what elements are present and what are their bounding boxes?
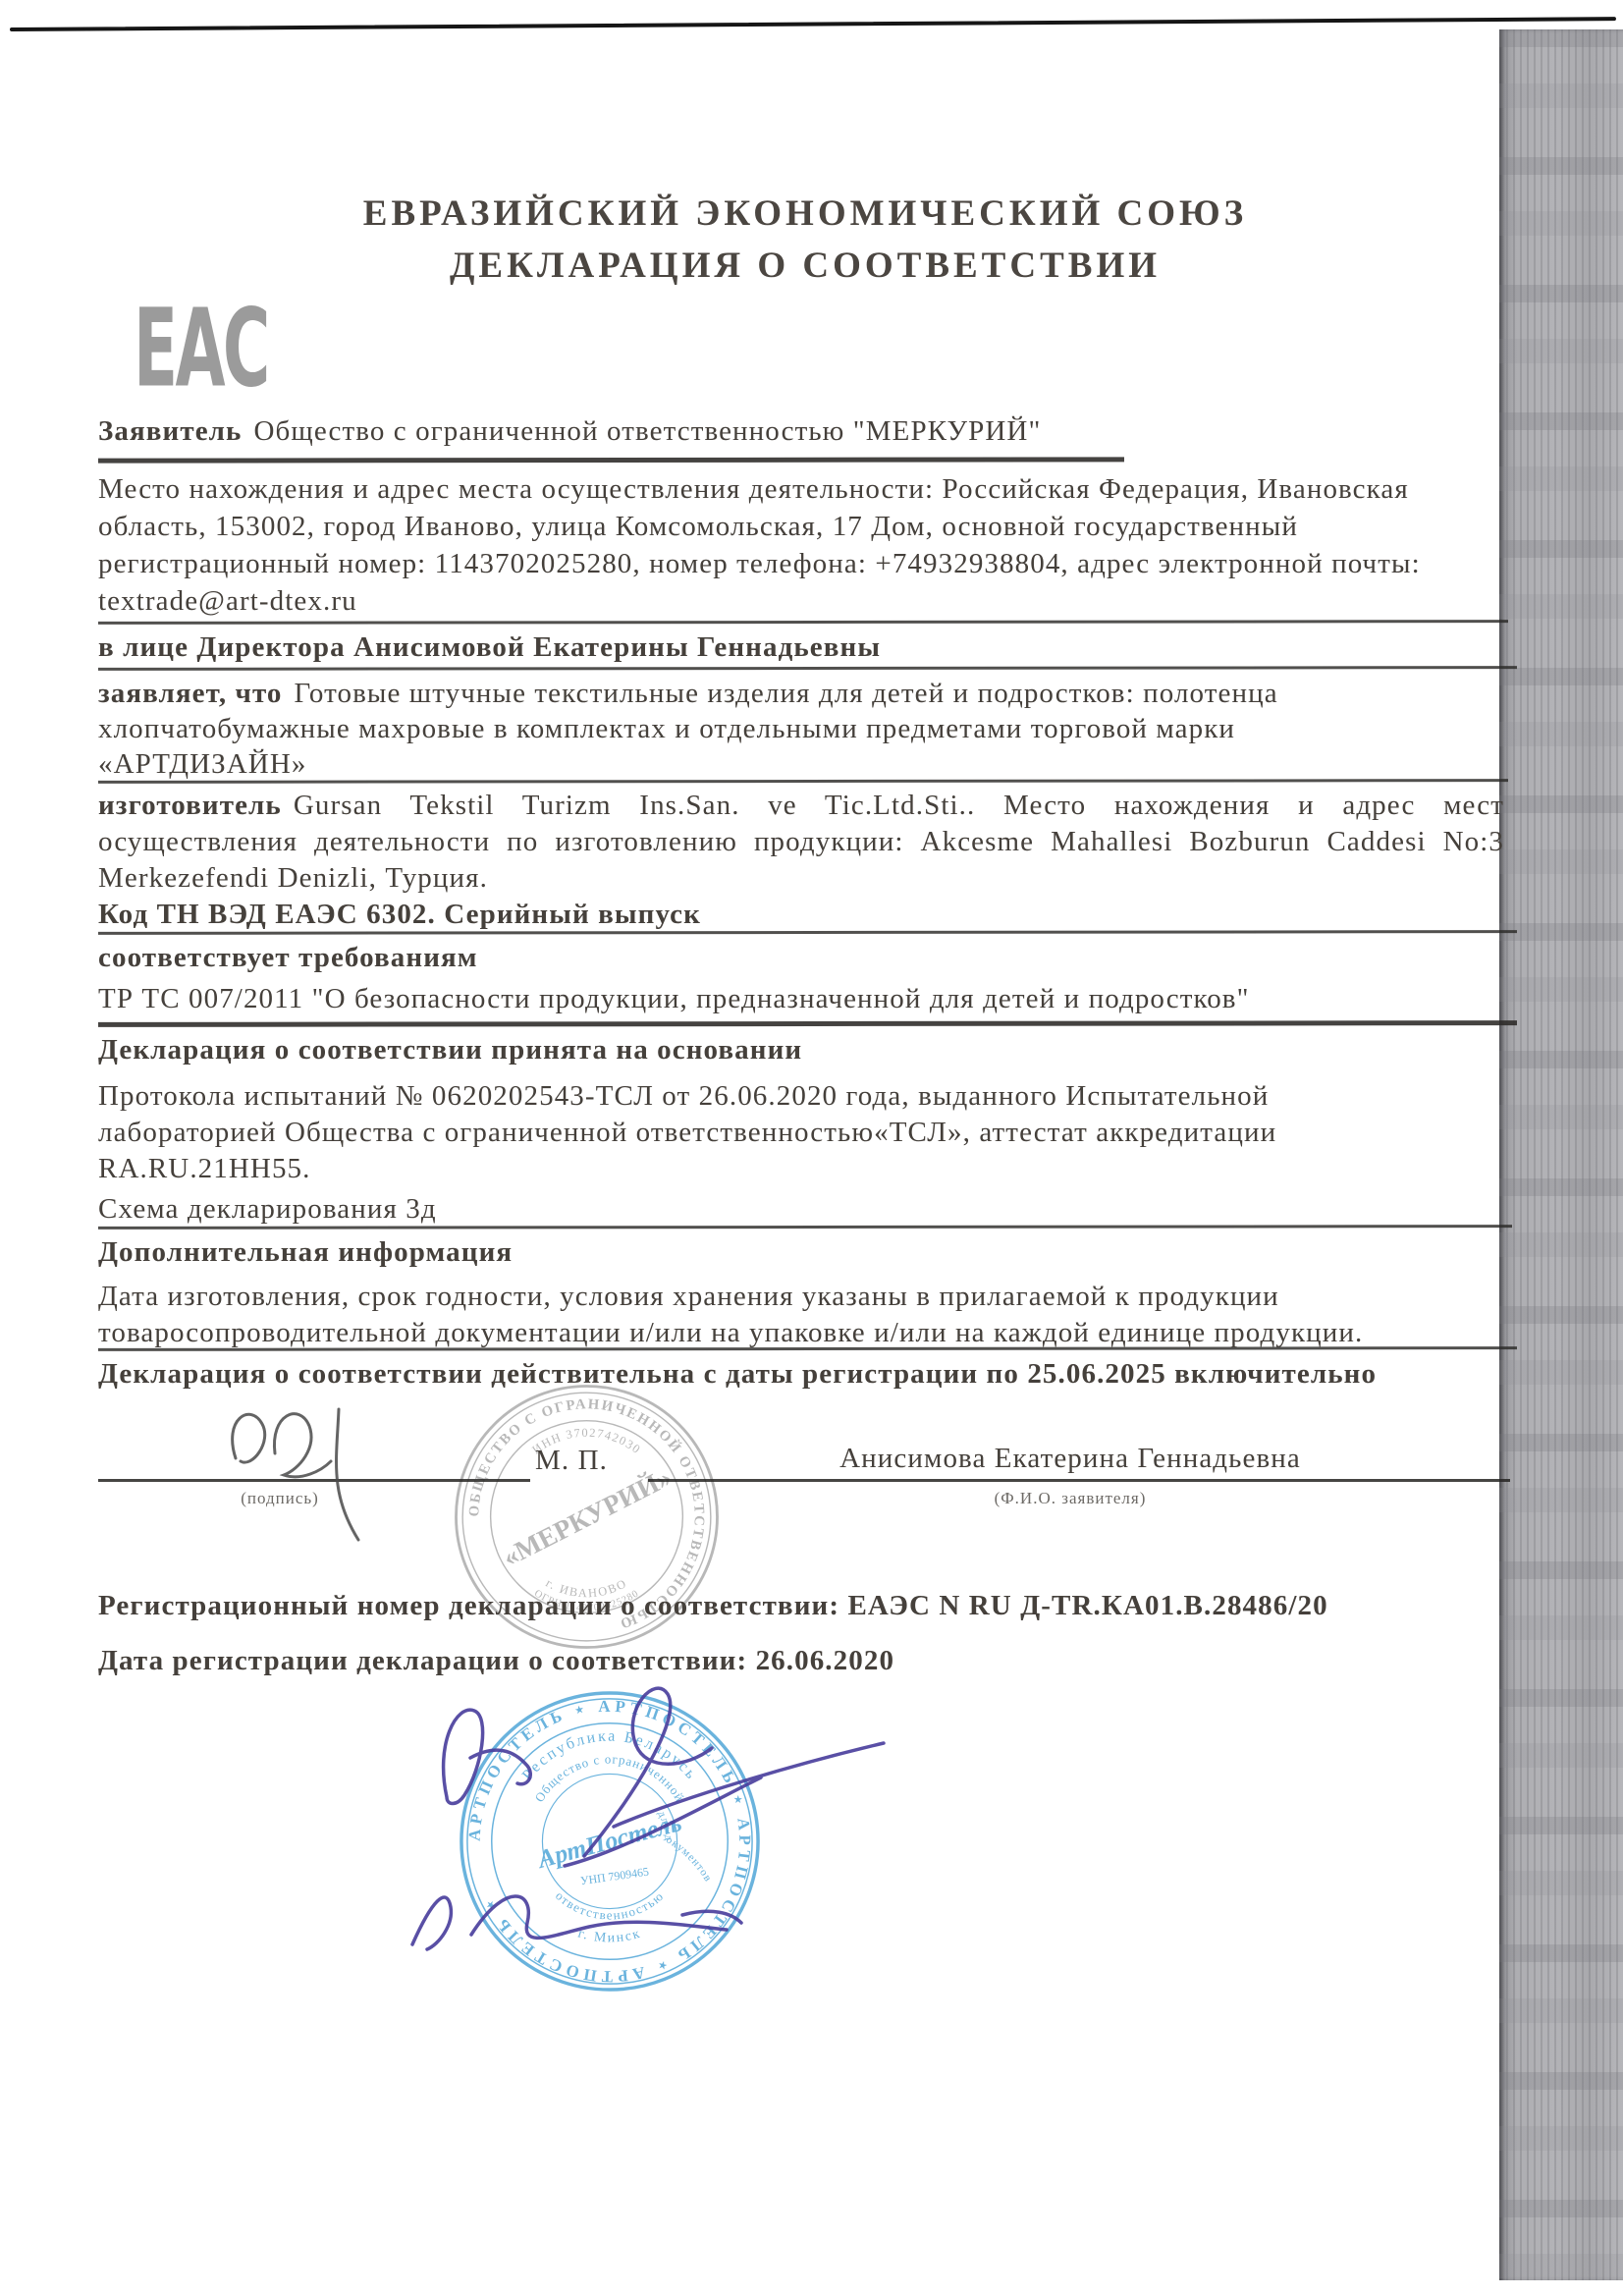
scan-top-edge-line: [10, 17, 1616, 31]
applicant-label: Заявитель: [98, 415, 243, 447]
manufacturer-paragraph: изготовительGursan Tekstil Turizm Ins.Sa…: [98, 788, 1504, 897]
address-line: область, 153002, город Иваново, улица Ко…: [98, 508, 1517, 545]
scan-edge-band: [1499, 29, 1623, 2280]
declares-line: заявляет, чтоГотовые штучные текстильные…: [98, 676, 1504, 711]
mp-label: М. П.: [535, 1442, 608, 1479]
additional-paragraph: Дата изготовления, срок годности, услови…: [98, 1279, 1504, 1351]
applicant-value: Общество с ограниченной ответственностью…: [254, 415, 1042, 447]
manufacturer-line: Merkezefendi Denizli, Турция.: [98, 860, 1504, 897]
address-line: Место нахождения и адрес места осуществл…: [98, 470, 1517, 508]
additional-line: товаросопроводительной документации и/ил…: [98, 1315, 1504, 1351]
eac-mark: ЕАС: [134, 285, 268, 411]
reg-number-value: ЕАЭС N RU Д-TR.КА01.В.28486/20: [847, 1590, 1327, 1621]
address-line: textrade@art-dtex.ru: [98, 582, 1517, 620]
declares-paragraph: заявляет, чтоГотовые штучные текстильные…: [98, 676, 1504, 782]
manufacturer-line: осуществления деятельности по изготовлен…: [98, 824, 1504, 860]
address-paragraph: Место нахождения и адрес места осуществл…: [98, 470, 1517, 620]
additional-heading: Дополнительная информация: [98, 1233, 1504, 1271]
divider-rule: [98, 666, 1517, 671]
basis-line: Протокола испытаний № 0620202543-ТСЛ от …: [98, 1078, 1504, 1115]
handwritten-signature-violet: [388, 1650, 898, 1984]
divider-rule: [98, 1020, 1517, 1027]
applicant-name: Анисимова Екатерина Геннадьевна: [677, 1440, 1463, 1477]
in-person-line: в лице Директора Анисимовой Екатерины Ге…: [98, 629, 1504, 666]
declares-line: хлопчатобумажные махровые в комплектах и…: [98, 711, 1504, 746]
document-page: ЕВРАЗИЙСКИЙ ЭКОНОМИЧЕСКИЙ СОЮЗ ДЕКЛАРАЦИ…: [0, 0, 1623, 2296]
manufacturer-label: изготовитель: [98, 790, 282, 821]
fio-line: [648, 1479, 1510, 1482]
basis-line: RA.RU.21НН55.: [98, 1151, 1504, 1187]
basis-line: лабораторией Общества с ограниченной отв…: [98, 1115, 1504, 1151]
declares-label: заявляет, что: [98, 678, 283, 709]
manufacturer-text: Gursan Tekstil Turizm Ins.San. ve Tic.Lt…: [294, 790, 1504, 821]
page-title-line1: ЕВРАЗИЙСКИЙ ЭКОНОМИЧЕСКИЙ СОЮЗ: [98, 190, 1512, 239]
scheme-line: Схема декларирования 3д: [98, 1190, 1504, 1228]
reg-number-line: Регистрационный номер декларации о соотв…: [98, 1587, 1517, 1624]
complies-heading: соответствует требованиям: [98, 939, 1504, 976]
page-title-line2: ДЕКЛАРАЦИЯ О СООТВЕТСТВИИ: [98, 242, 1512, 291]
divider-rule: [98, 457, 1124, 463]
applicant-line: ЗаявительОбщество с ограниченной ответст…: [98, 412, 1504, 450]
handwritten-signature-grey: [182, 1375, 407, 1561]
declares-line: «АРТДИЗАЙН»: [98, 746, 1504, 782]
tnved-line: Код ТН ВЭД ЕАЭС 6302. Серийный выпуск: [98, 896, 1504, 933]
basis-paragraph: Протокола испытаний № 0620202543-ТСЛ от …: [98, 1078, 1504, 1187]
additional-line: Дата изготовления, срок годности, услови…: [98, 1279, 1504, 1315]
manufacturer-line: изготовительGursan Tekstil Turizm Ins.Sa…: [98, 788, 1504, 824]
reg-number-label: Регистрационный номер декларации о соотв…: [98, 1590, 839, 1621]
declares-text: Готовые штучные текстильные изделия для …: [295, 678, 1278, 709]
name-caption: (Ф.И.О. заявителя): [874, 1489, 1267, 1508]
address-line: регистрационный номер: 1143702025280, но…: [98, 545, 1517, 582]
regulation-line: ТР ТС 007/2011 "О безопасности продукции…: [98, 980, 1504, 1017]
divider-rule: [98, 620, 1508, 625]
basis-heading: Декларация о соответствии принята на осн…: [98, 1031, 1504, 1068]
